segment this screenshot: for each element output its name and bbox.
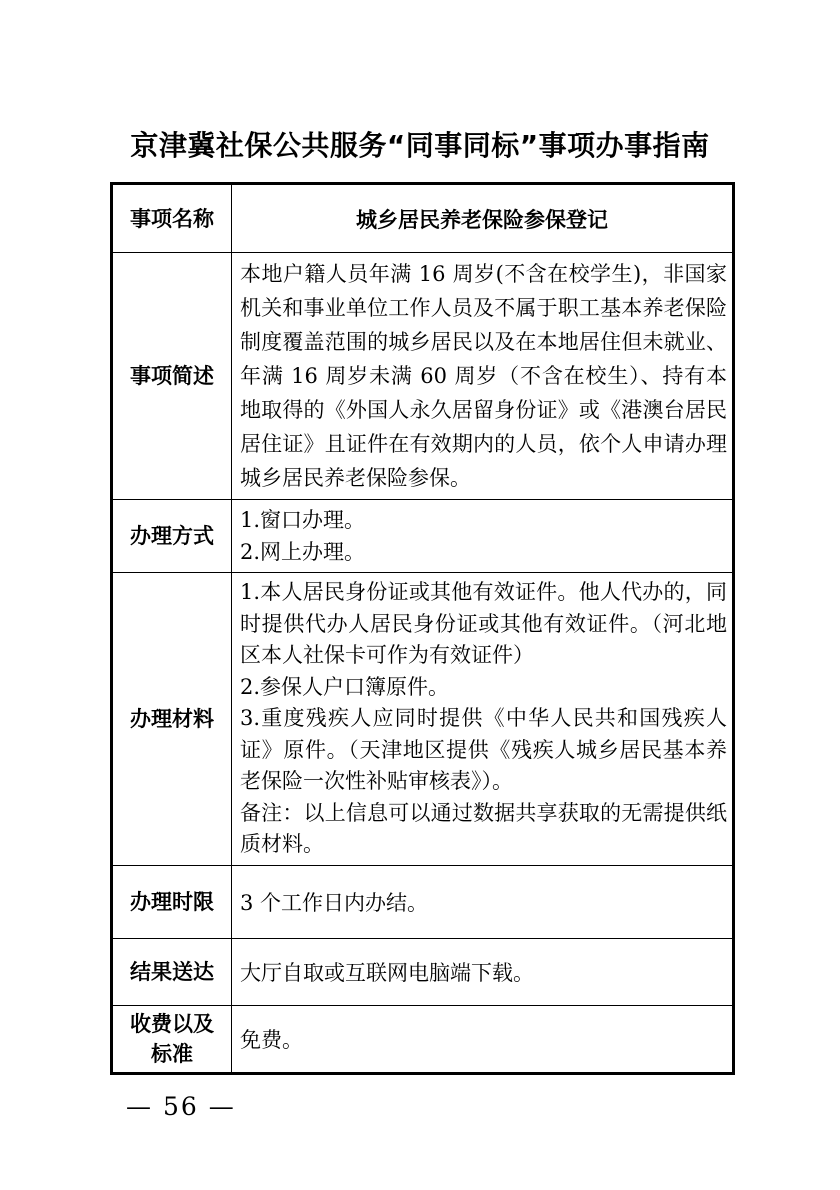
row-label-item-summary: 事项简述: [112, 253, 232, 500]
handling-method-line: 2.网上办理。: [240, 536, 727, 568]
table-row-required-materials: 办理材料 1.本人居民身份证或其他有效证件。他人代办的，同时提供代办人居民身份证…: [112, 573, 734, 866]
row-value-fees-standard: 免费。: [232, 1005, 734, 1073]
page-number: — 56 —: [126, 1092, 236, 1121]
materials-paragraph: 2.参保人户口簿原件。: [240, 672, 727, 704]
row-value-handling-method: 1.窗口办理。 2.网上办理。: [232, 500, 734, 573]
document-page: 京津冀社保公共服务“同事同标”事项办事指南 事项名称 城乡居民养老保险参保登记 …: [0, 0, 840, 1190]
page-title: 京津冀社保公共服务“同事同标”事项办事指南: [0, 124, 840, 164]
row-value-item-summary: 本地户籍人员年满 16 周岁(不含在校学生)，非国家机关和事业单位工作人员及不属…: [232, 253, 734, 500]
row-label-required-materials: 办理材料: [112, 573, 232, 866]
service-guide-table: 事项名称 城乡居民养老保险参保登记 事项简述 本地户籍人员年满 16 周岁(不含…: [110, 182, 735, 1075]
table-row-item-summary: 事项简述 本地户籍人员年满 16 周岁(不含在校学生)，非国家机关和事业单位工作…: [112, 253, 734, 500]
table-row-time-limit: 办理时限 3 个工作日内办结。: [112, 865, 734, 938]
row-label-result-delivery: 结果送达: [112, 938, 232, 1005]
table-row-fees-standard: 收费以及 标准 免费。: [112, 1005, 734, 1073]
row-label-fees-standard: 收费以及 标准: [112, 1005, 232, 1073]
row-value-required-materials: 1.本人居民身份证或其他有效证件。他人代办的，同时提供代办人居民身份证或其他有效…: [232, 573, 734, 866]
materials-paragraph: 1.本人居民身份证或其他有效证件。他人代办的，同时提供代办人居民身份证或其他有效…: [240, 577, 727, 672]
row-label-time-limit: 办理时限: [112, 865, 232, 938]
handling-method-line: 1.窗口办理。: [240, 504, 727, 536]
row-value-item-name: 城乡居民养老保险参保登记: [232, 184, 734, 253]
row-value-time-limit: 3 个工作日内办结。: [232, 865, 734, 938]
row-value-result-delivery: 大厅自取或互联网电脑端下载。: [232, 938, 734, 1005]
row-label-item-name: 事项名称: [112, 184, 232, 253]
table-row-result-delivery: 结果送达 大厅自取或互联网电脑端下载。: [112, 938, 734, 1005]
materials-paragraph: 3.重度残疾人应同时提供《中华人民共和国残疾人证》原件。（天津地区提供《残疾人城…: [240, 703, 727, 798]
table-row-handling-method: 办理方式 1.窗口办理。 2.网上办理。: [112, 500, 734, 573]
materials-paragraph: 备注：以上信息可以通过数据共享获取的无需提供纸质材料。: [240, 798, 727, 861]
table-row-item-name: 事项名称 城乡居民养老保险参保登记: [112, 184, 734, 253]
row-label-handling-method: 办理方式: [112, 500, 232, 573]
